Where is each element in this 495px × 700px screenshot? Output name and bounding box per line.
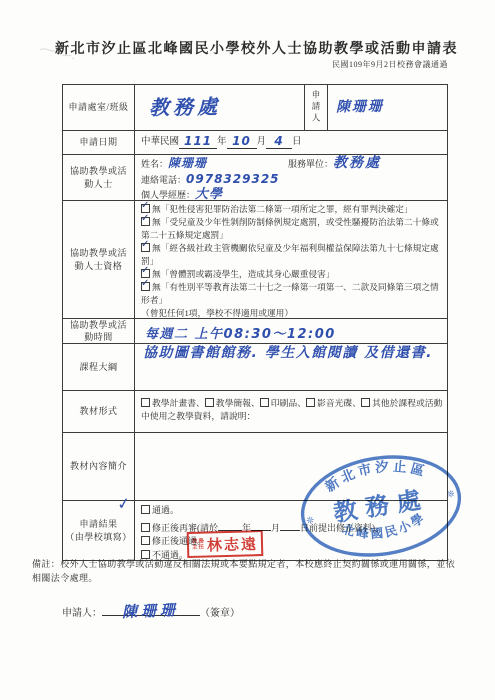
checked-checkbox-icon bbox=[141, 217, 150, 226]
qualification-item: 無「經各級社政主管機關依兒童及少年福利與權益保障法第九十七條規定處罰」 bbox=[135, 242, 447, 268]
seal-suffix-label: （簽章） bbox=[200, 608, 240, 619]
office-value-handwritten: 教務處 bbox=[149, 100, 221, 114]
unit-value-handwritten: 教務處 bbox=[333, 157, 381, 170]
time-value-cell: 每週二 上午08:30～12:00 bbox=[134, 319, 447, 343]
empty-checkbox-icon bbox=[361, 398, 370, 407]
month-value-handwritten: 10 bbox=[232, 134, 251, 148]
unit-label: 服務單位： bbox=[288, 158, 333, 171]
phone-value-handwritten: 0978329325 bbox=[186, 173, 280, 186]
applicant-name-handwritten: 陳珊珊 bbox=[336, 101, 384, 115]
day-unit: 日 bbox=[292, 136, 302, 149]
era-text: 中華民國 bbox=[141, 136, 179, 149]
qualification-item: 無「曾體罰或霸凌學生，造成其身心嚴重侵害」 bbox=[135, 268, 447, 281]
education-value-handwritten: 大學 bbox=[195, 188, 223, 201]
qualifications-label: 協助教學或活 動人士資格 bbox=[63, 201, 134, 318]
name-value-handwritten: 陳珊珊 bbox=[168, 157, 288, 170]
empty-checkbox-icon bbox=[141, 536, 150, 545]
office-value-cell: 教務處 bbox=[134, 85, 304, 130]
syllabus-value-handwritten: 協助圖書館館務. 學生入館閱讀 及借還書. bbox=[143, 345, 433, 361]
empty-checkbox-icon bbox=[306, 398, 315, 407]
row-materials: 教材形式 教學計畫書、教學簡報、印刷品、影音光碟、其他於課程或活動中使用之教學資… bbox=[63, 390, 447, 432]
approval-note: 民國109年9月2日校務會議通過 bbox=[332, 59, 448, 70]
person-info-cell: 姓名： 陳珊珊 服務單位： 教務處 連絡電話： 0978329325 個人學經歷… bbox=[134, 155, 447, 200]
applicant-value-cell: 陳珊珊 bbox=[327, 85, 447, 130]
time-value-handwritten: 每週二 上午08:30～12:00 bbox=[145, 328, 336, 341]
row-qualifications: 協助教學或活 動人士資格 無「犯性侵害犯罪防治法第二條第一項所定之罪，經有罪判決… bbox=[63, 200, 447, 318]
year-blank: 111 bbox=[179, 136, 217, 149]
empty-checkbox-icon bbox=[205, 398, 214, 407]
pass-checkbox-icon bbox=[141, 505, 150, 514]
materials-label: 教材形式 bbox=[63, 391, 134, 432]
revise-month-blank bbox=[251, 518, 271, 531]
qualification-item: 無「有性別平等教育法第二十七之一條第一項第一、二款及同條第三項之情形者」 bbox=[135, 281, 447, 307]
materials-options-cell: 教學計畫書、教學簡報、印刷品、影音光碟、其他於課程或活動中使用之教學資料，請說明… bbox=[134, 391, 447, 432]
day-value-handwritten: 4 bbox=[274, 134, 283, 148]
signature-handwritten: 陳珊珊 bbox=[122, 599, 180, 622]
signature-label: 申請人： bbox=[62, 608, 102, 619]
material-intro-label: 教材內容簡介 bbox=[63, 433, 134, 500]
seal-right-star-icon: ❊ bbox=[446, 488, 455, 499]
office-label: 申請處室/班級 bbox=[63, 85, 134, 130]
seal-left-star-icon: ❊ bbox=[306, 515, 315, 526]
scanned-application-form: 新北市汐止區北峰國民小學校外人士協助教學或活動申請表 民國109年9月2日校務會… bbox=[0, 0, 495, 700]
pass-checkmark-handwritten: ✓ bbox=[116, 493, 132, 514]
director-name: 林志遠 bbox=[207, 533, 259, 555]
date-value-cell: 中華民國 111 年 10 月 4 日 bbox=[134, 131, 447, 154]
revise-year-blank bbox=[218, 518, 242, 531]
empty-checkbox-icon bbox=[260, 398, 269, 407]
checked-checkbox-icon bbox=[141, 243, 150, 252]
person-label: 協助教學或活 動人士 bbox=[63, 155, 134, 200]
row-date: 申請日期 中華民國 111 年 10 月 4 日 bbox=[63, 130, 447, 154]
syllabus-label: 課程大綱 bbox=[63, 344, 134, 390]
day-blank: 4 bbox=[266, 136, 292, 149]
row-time: 協助教學或活 動時間 每週二 上午08:30～12:00 bbox=[63, 318, 447, 343]
empty-checkbox-icon bbox=[141, 398, 150, 407]
signature-line: 申請人：陳珊珊（簽章） bbox=[62, 600, 240, 619]
form-title: 新北市汐止區北峰國民小學校外人士協助教學或活動申請表 bbox=[55, 38, 458, 58]
row-syllabus: 課程大綱 協助圖書館館務. 學生入館閱讀 及借還書. bbox=[63, 343, 447, 390]
month-unit: 月 bbox=[257, 136, 267, 149]
qualification-item: 無「受兒童及少年性剝削防制條例規定處罰，或受性騷擾防治法第二十條或第二十五條規定… bbox=[135, 216, 447, 242]
phone-label: 連絡電話： bbox=[141, 174, 186, 187]
name-label: 姓名： bbox=[141, 158, 168, 171]
syllabus-value-cell: 協助圖書館館務. 學生入館閱讀 及借還書. bbox=[134, 344, 447, 390]
row-office: 申請處室/班級 教務處 申請人 陳珊珊 bbox=[63, 85, 447, 130]
qualification-item: 無「犯性侵害犯罪防治法第二條第一項所定之罪，經有罪判決確定」 bbox=[135, 203, 447, 216]
year-value-handwritten: 111 bbox=[184, 134, 212, 148]
month-blank: 10 bbox=[227, 136, 257, 149]
row-person: 協助教學或活 動人士 姓名： 陳珊珊 服務單位： 教務處 連絡電話： 09783… bbox=[63, 154, 447, 200]
director-name-stamp: 教務 主任 林志遠 bbox=[187, 530, 264, 558]
director-title: 教務 主任 bbox=[192, 539, 205, 551]
date-label: 申請日期 bbox=[63, 131, 134, 154]
qualifications-cell: 無「犯性侵害犯罪防治法第二條第一項所定之罪，經有罪判決確定」 無「受兒童及少年性… bbox=[134, 201, 447, 318]
checked-checkbox-icon bbox=[141, 282, 150, 291]
signature-blank: 陳珊珊 bbox=[102, 600, 200, 616]
time-label: 協助教學或活 動時間 bbox=[63, 319, 134, 343]
applicant-label: 申請人 bbox=[304, 85, 327, 130]
year-unit: 年 bbox=[217, 136, 227, 149]
empty-checkbox-icon bbox=[141, 523, 150, 532]
footer-note: 備註：校外人士協助教學或活動違反相關法規或本要點規定者，本校應終止契約關係或運用… bbox=[32, 557, 462, 585]
